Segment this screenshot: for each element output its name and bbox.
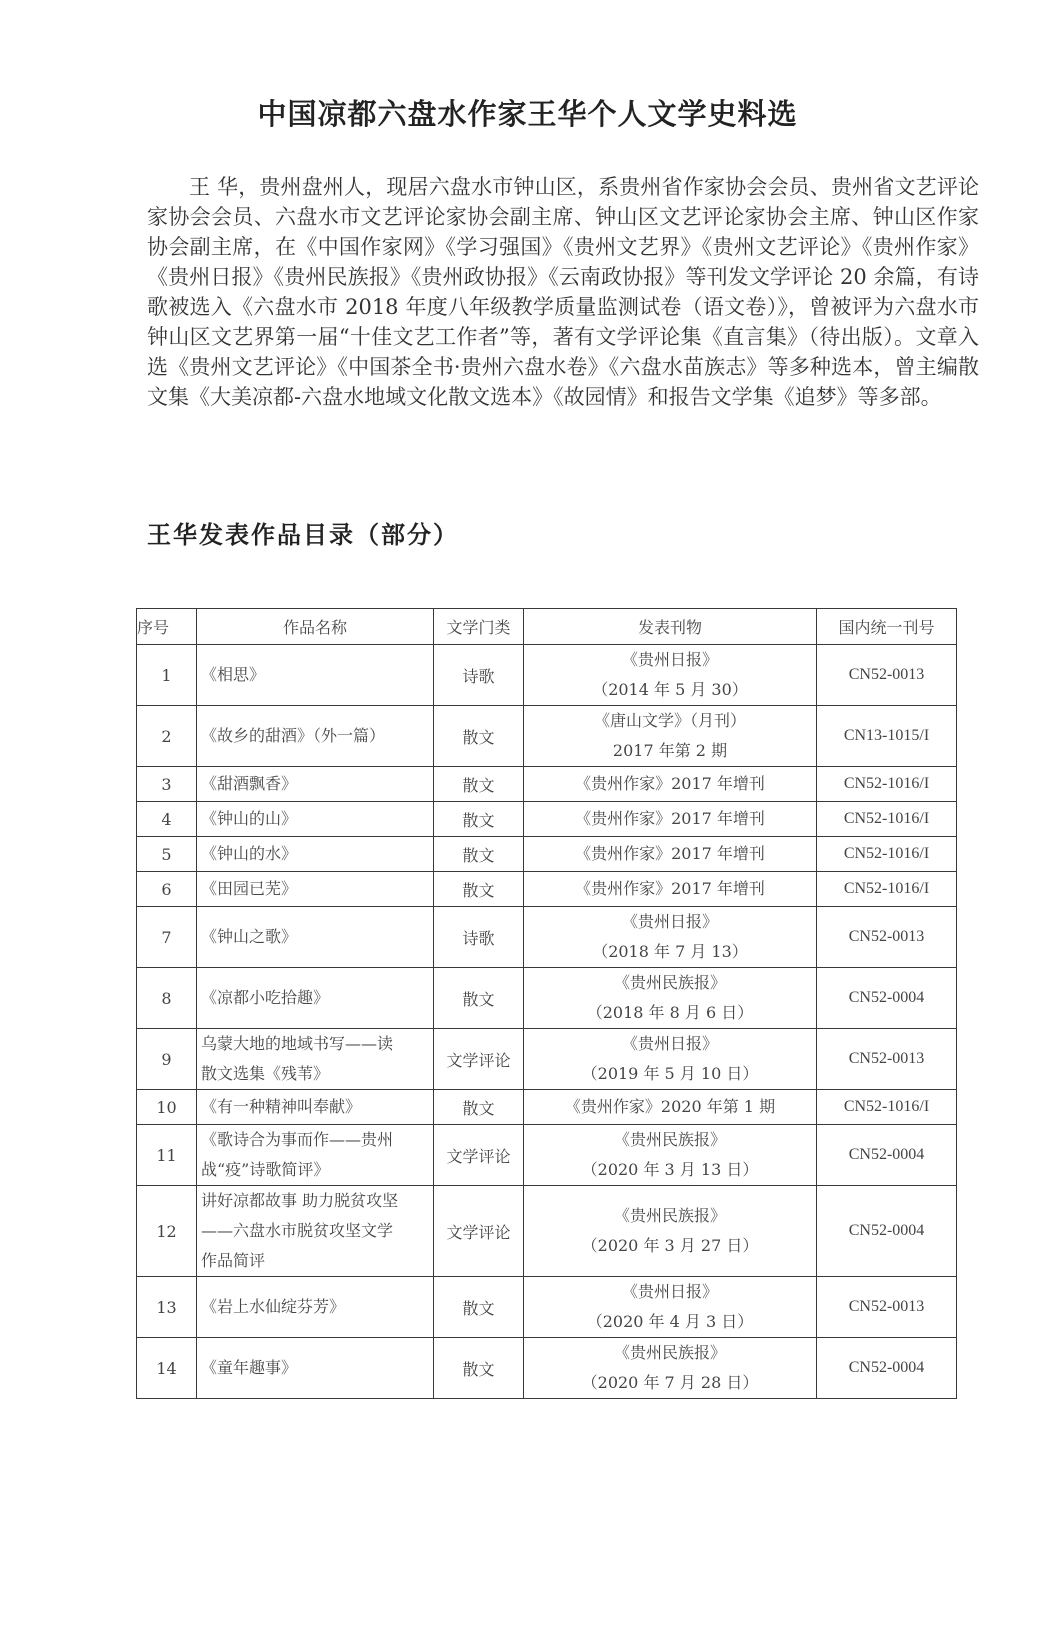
publication-line: 《贵州作家》2017 年增刊: [528, 769, 812, 799]
cell-publication: 《唐山文学》（月刊）2017 年第 2 期: [524, 706, 817, 767]
cell-serial-no: 8: [137, 968, 197, 1029]
cell-cn-number: CN52-0004: [817, 968, 957, 1029]
cell-genre: 散文: [434, 872, 524, 907]
work-title-line: 《歌诗合为事而作——贵州: [201, 1125, 429, 1155]
cell-serial-no: 9: [137, 1029, 197, 1090]
table-row: 1《相思》诗歌《贵州日报》（2014 年 5 月 30）CN52-0013: [137, 645, 957, 706]
publication-line: 《唐山文学》（月刊）: [528, 706, 812, 736]
cell-serial-no: 6: [137, 872, 197, 907]
cell-cn-number: CN52-0013: [817, 907, 957, 968]
works-table: 序号 作品名称 文学门类 发表刊物 国内统一刊号 1《相思》诗歌《贵州日报》（2…: [136, 608, 957, 1399]
work-title-line: 讲好凉都故事 助力脱贫攻坚: [201, 1186, 429, 1216]
cell-publication: 《贵州民族报》（2018 年 8 月 6 日）: [524, 968, 817, 1029]
table-row: 7《钟山之歌》诗歌《贵州日报》（2018 年 7 月 13）CN52-0013: [137, 907, 957, 968]
cell-serial-no: 12: [137, 1186, 197, 1277]
header-serial-no: 序号: [137, 609, 197, 645]
publication-line: （2018 年 7 月 13）: [528, 937, 812, 967]
cell-work-title: 讲好凉都故事 助力脱贫攻坚——六盘水市脱贫攻坚文学作品简评: [197, 1186, 434, 1277]
cell-genre: 散文: [434, 837, 524, 872]
cell-genre: 散文: [434, 1090, 524, 1125]
cell-cn-number: CN13-1015/I: [817, 706, 957, 767]
publication-line: 《贵州日报》: [528, 645, 812, 675]
cell-cn-number: CN52-0013: [817, 1029, 957, 1090]
document-title: 中国凉都六盘水作家王华个人文学史料选: [0, 92, 1055, 133]
table-row: 9乌蒙大地的地域书写——读散文选集《残苇》文学评论《贵州日报》（2019 年 5…: [137, 1029, 957, 1090]
publication-line: （2020 年 7 月 28 日）: [528, 1368, 812, 1398]
cell-genre: 文学评论: [434, 1029, 524, 1090]
publication-line: 《贵州日报》: [528, 1277, 812, 1307]
cell-work-title: 《钟山之歌》: [197, 907, 434, 968]
cell-publication: 《贵州日报》（2018 年 7 月 13）: [524, 907, 817, 968]
work-title-line: 《童年趣事》: [201, 1353, 429, 1383]
cell-publication: 《贵州民族报》（2020 年 3 月 13 日）: [524, 1125, 817, 1186]
table-row: 13《岩上水仙绽芬芳》散文《贵州日报》（2020 年 4 月 3 日）CN52-…: [137, 1277, 957, 1338]
work-title-line: 《钟山的水》: [201, 839, 429, 869]
header-cn-number: 国内统一刊号: [817, 609, 957, 645]
table-row: 4《钟山的山》散文《贵州作家》2017 年增刊CN52-1016/I: [137, 802, 957, 837]
table-row: 3《甜酒飘香》散文《贵州作家》2017 年增刊CN52-1016/I: [137, 767, 957, 802]
cell-serial-no: 4: [137, 802, 197, 837]
cell-serial-no: 1: [137, 645, 197, 706]
cell-cn-number: CN52-1016/I: [817, 767, 957, 802]
header-publication: 发表刊物: [524, 609, 817, 645]
cell-work-title: 《田园已芜》: [197, 872, 434, 907]
table-row: 10《有一种精神叫奉献》散文《贵州作家》2020 年第 1 期CN52-1016…: [137, 1090, 957, 1125]
cell-serial-no: 13: [137, 1277, 197, 1338]
cell-genre: 诗歌: [434, 907, 524, 968]
publication-line: 《贵州日报》: [528, 1029, 812, 1059]
cell-publication: 《贵州作家》2017 年增刊: [524, 767, 817, 802]
cell-serial-no: 10: [137, 1090, 197, 1125]
publication-line: 《贵州日报》: [528, 907, 812, 937]
cell-publication: 《贵州日报》（2020 年 4 月 3 日）: [524, 1277, 817, 1338]
cell-cn-number: CN52-0013: [817, 1277, 957, 1338]
publication-line: （2018 年 8 月 6 日）: [528, 998, 812, 1028]
work-title-line: 战“疫”诗歌简评》: [201, 1155, 429, 1185]
work-title-line: 《有一种精神叫奉献》: [201, 1092, 429, 1122]
publication-line: 《贵州民族报》: [528, 968, 812, 998]
work-title-line: 散文选集《残苇》: [201, 1059, 429, 1089]
work-title-line: 《相思》: [201, 660, 429, 690]
cell-serial-no: 14: [137, 1338, 197, 1399]
publication-line: （2019 年 5 月 10 日）: [528, 1059, 812, 1089]
header-work-title: 作品名称: [197, 609, 434, 645]
cell-publication: 《贵州作家》2017 年增刊: [524, 837, 817, 872]
table-row: 5《钟山的水》散文《贵州作家》2017 年增刊CN52-1016/I: [137, 837, 957, 872]
cell-genre: 散文: [434, 1277, 524, 1338]
header-genre: 文学门类: [434, 609, 524, 645]
work-title-line: 《甜酒飘香》: [201, 769, 429, 799]
cell-publication: 《贵州民族报》（2020 年 7 月 28 日）: [524, 1338, 817, 1399]
cell-work-title: 《故乡的甜酒》（外一篇）: [197, 706, 434, 767]
publication-line: 《贵州民族报》: [528, 1201, 812, 1231]
cell-work-title: 《钟山的山》: [197, 802, 434, 837]
cell-cn-number: CN52-0004: [817, 1125, 957, 1186]
cell-serial-no: 11: [137, 1125, 197, 1186]
publication-line: 《贵州民族报》: [528, 1338, 812, 1368]
cell-serial-no: 2: [137, 706, 197, 767]
cell-cn-number: CN52-1016/I: [817, 1090, 957, 1125]
cell-publication: 《贵州作家》2017 年增刊: [524, 872, 817, 907]
cell-work-title: 《有一种精神叫奉献》: [197, 1090, 434, 1125]
work-title-line: ——六盘水市脱贫攻坚文学: [201, 1216, 429, 1246]
cell-publication: 《贵州作家》2020 年第 1 期: [524, 1090, 817, 1125]
publication-line: 《贵州作家》2017 年增刊: [528, 874, 812, 904]
publication-line: （2014 年 5 月 30）: [528, 675, 812, 705]
cell-work-title: 《歌诗合为事而作——贵州战“疫”诗歌简评》: [197, 1125, 434, 1186]
cell-work-title: 乌蒙大地的地域书写——读散文选集《残苇》: [197, 1029, 434, 1090]
cell-work-title: 《童年趣事》: [197, 1338, 434, 1399]
table-header-row: 序号 作品名称 文学门类 发表刊物 国内统一刊号: [137, 609, 957, 645]
cell-genre: 散文: [434, 706, 524, 767]
publication-line: 《贵州作家》2017 年增刊: [528, 839, 812, 869]
cell-cn-number: CN52-1016/I: [817, 837, 957, 872]
cell-genre: 文学评论: [434, 1125, 524, 1186]
works-list-heading: 王华发表作品目录（部分）: [147, 515, 459, 550]
table-row: 6《田园已芜》散文《贵州作家》2017 年增刊CN52-1016/I: [137, 872, 957, 907]
work-title-line: 《钟山的山》: [201, 804, 429, 834]
cell-genre: 散文: [434, 767, 524, 802]
cell-cn-number: CN52-0013: [817, 645, 957, 706]
cell-genre: 散文: [434, 1338, 524, 1399]
work-title-line: 《凉都小吃拾趣》: [201, 983, 429, 1013]
cell-work-title: 《岩上水仙绽芬芳》: [197, 1277, 434, 1338]
cell-work-title: 《钟山的水》: [197, 837, 434, 872]
table-row: 14《童年趣事》散文《贵州民族报》（2020 年 7 月 28 日）CN52-0…: [137, 1338, 957, 1399]
cell-cn-number: CN52-1016/I: [817, 872, 957, 907]
cell-publication: 《贵州民族报》（2020 年 3 月 27 日）: [524, 1186, 817, 1277]
cell-serial-no: 7: [137, 907, 197, 968]
publication-line: 《贵州作家》2020 年第 1 期: [528, 1092, 812, 1122]
work-title-line: 《故乡的甜酒》（外一篇）: [201, 721, 429, 751]
cell-publication: 《贵州日报》（2019 年 5 月 10 日）: [524, 1029, 817, 1090]
cell-genre: 文学评论: [434, 1186, 524, 1277]
cell-cn-number: CN52-1016/I: [817, 802, 957, 837]
cell-cn-number: CN52-0004: [817, 1186, 957, 1277]
publication-line: 2017 年第 2 期: [528, 736, 812, 766]
cell-work-title: 《凉都小吃拾趣》: [197, 968, 434, 1029]
cell-serial-no: 3: [137, 767, 197, 802]
table-row: 12讲好凉都故事 助力脱贫攻坚——六盘水市脱贫攻坚文学作品简评文学评论《贵州民族…: [137, 1186, 957, 1277]
author-bio-paragraph: 王 华，贵州盘州人，现居六盘水市钟山区，系贵州省作家协会会员、贵州省文艺评论家协…: [147, 172, 979, 412]
cell-genre: 散文: [434, 968, 524, 1029]
table-row: 2《故乡的甜酒》（外一篇）散文《唐山文学》（月刊）2017 年第 2 期CN13…: [137, 706, 957, 767]
cell-genre: 散文: [434, 802, 524, 837]
cell-publication: 《贵州日报》（2014 年 5 月 30）: [524, 645, 817, 706]
table-row: 11《歌诗合为事而作——贵州战“疫”诗歌简评》文学评论《贵州民族报》（2020 …: [137, 1125, 957, 1186]
work-title-line: 乌蒙大地的地域书写——读: [201, 1029, 429, 1059]
publication-line: （2020 年 3 月 13 日）: [528, 1155, 812, 1185]
cell-cn-number: CN52-0004: [817, 1338, 957, 1399]
work-title-line: 作品简评: [201, 1246, 429, 1276]
work-title-line: 《田园已芜》: [201, 874, 429, 904]
cell-work-title: 《相思》: [197, 645, 434, 706]
cell-publication: 《贵州作家》2017 年增刊: [524, 802, 817, 837]
publication-line: （2020 年 4 月 3 日）: [528, 1307, 812, 1337]
table-row: 8《凉都小吃拾趣》散文《贵州民族报》（2018 年 8 月 6 日）CN52-0…: [137, 968, 957, 1029]
cell-work-title: 《甜酒飘香》: [197, 767, 434, 802]
cell-serial-no: 5: [137, 837, 197, 872]
work-title-line: 《岩上水仙绽芬芳》: [201, 1292, 429, 1322]
work-title-line: 《钟山之歌》: [201, 922, 429, 952]
publication-line: （2020 年 3 月 27 日）: [528, 1231, 812, 1261]
publication-line: 《贵州民族报》: [528, 1125, 812, 1155]
cell-genre: 诗歌: [434, 645, 524, 706]
publication-line: 《贵州作家》2017 年增刊: [528, 804, 812, 834]
